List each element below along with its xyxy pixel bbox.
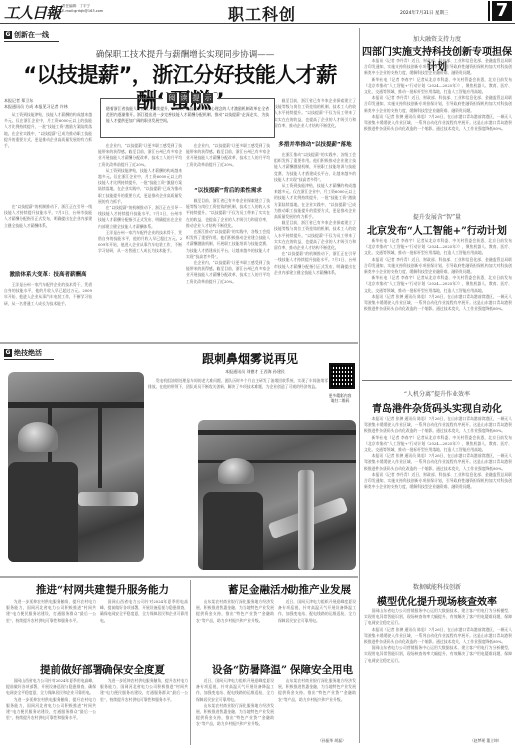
lead-subhead-3: 多措并举推动“以技提薪”落地	[274, 140, 356, 148]
right-lower-kicker: “人机分离”提升作业效率	[362, 389, 512, 398]
reading-tips-text: 随着浙江省技能人才的收入持续提升，一场以“以技提薪”为核心理念的人才激励机制改革…	[106, 106, 269, 136]
column-tag-skills: G 绝技绝活	[4, 348, 54, 360]
bottom-left-headline-1b: 提升服务能力	[106, 582, 169, 597]
column-tag-icon: G	[4, 349, 12, 357]
bottom-left-body-2b: 为进一步延伸农村供电服务触角，提升农村电力服务能力，国网河北省电力公司积极推进“…	[100, 678, 188, 742]
right-lower-body: 本报讯（记者 张翀 通讯员 陈思）7月26日，在山东港口青岛港前湾港区，一辆无人…	[364, 416, 512, 576]
paragraph: 为进一步延伸农村供电服务触角，提升农村电力服务能力，国网河北省电力公司积极推进“…	[100, 678, 188, 703]
bottom-right-author: （孙振华 胡磊）	[318, 738, 346, 744]
lead-body-col4b: 在浙江推动“以技提薪”的实践中，各级工会组织发挥了重要作用。他们积极推动企业建立…	[274, 152, 356, 338]
newspaper-logo: 工人日報	[4, 2, 60, 23]
paragraph: 为进一步延伸农村供电服务触角，提升农村电力服务能力，国网河北省电力公司积极推进“…	[6, 697, 96, 722]
paragraph: 国网山东省电力公司营销服务中心运用大数据技术，建立客户用电行为分析模型，实现用电…	[364, 645, 512, 664]
column-tag-icon: G	[4, 31, 12, 39]
right-lower-headline: 青岛港件杂货码头实现自动化	[362, 400, 512, 415]
right-top-body: 本报讯（记者 李丹青）近日，财政部、科技部、工业和信息化部、金融监管总局联合印发…	[364, 58, 512, 208]
editor-email: E-mail:grrbjk@163.com	[62, 9, 103, 14]
paragraph: 山东某农村商业银行深化服务地方经济发展，积极推进普惠金融，为当地特色产业发展提供…	[196, 703, 274, 728]
reading-tip-char: 提	[191, 93, 201, 103]
paragraph: 在浙江推动“以技提薪”的实践中，各级工会组织发挥了重要作用。他们积极推动企业建立…	[186, 229, 270, 260]
right-mid-headline: 北京发布“人工智能+”行动计划	[362, 222, 512, 237]
feature-headline: 跟刺鼻烟雾说再见	[190, 350, 310, 367]
paragraph: 在“以技提薪”的机制推动下，浙江正在引导一线技能人才持续提升技能水平。7月1日，…	[4, 204, 92, 229]
paragraph: 王洋是台州一家汽车配件企业的技术骨干，凭借自身的技能水平，他的月收入早已超过万元…	[98, 230, 182, 255]
paragraph: 本报讯（记者 张翀 通讯员 陈思）7月26日，在山东港口青岛港前湾港区，一辆无人…	[364, 627, 512, 646]
paragraph: 截至目前，浙江省已有多家企业探索建立了技能等级与岗位工资挂钩的机制，技术工人的收…	[274, 220, 356, 251]
paragraph: 国网山西省电力公司针对2024年夏季用电高峰，提前做好各项部署，开展设备巡视与隐…	[6, 678, 96, 697]
reading-tip-char: 阅	[167, 93, 177, 103]
qr-label: 更多精彩内容 请扫二维码	[322, 393, 358, 403]
section-title: 职工科创	[228, 2, 296, 25]
paragraph: 近日，国网天津电力组织开展迎峰度夏设备专项巡视，针对高温天气开展设备降温工作，加…	[196, 678, 274, 703]
reading-tips-box: 随着浙江省技能人才的收入持续提升，一场以“以技提薪”为核心理念的人才激励机制改革…	[100, 98, 275, 138]
right-bottom-author: （赵梦瑶 董立坤）	[470, 738, 502, 744]
editor-info: 责任编辑：丁宇宁 E-mail:grrbjk@163.com	[62, 4, 103, 14]
lead-body-col1b: 在“以技提薪”的机制推动下，浙江正在引导一线技能人才持续提升技能水平。7月1日，…	[4, 204, 92, 264]
paragraph: 本报讯（记者 张翀 通讯员 陈思）7月26日，在山东港口青岛港前湾港区，一辆无人…	[364, 114, 512, 133]
lead-body-col3a: 在企业内，“以技提薪”让更多职工感受到了技能带来的获得感。截至目前，浙江台州已有…	[186, 143, 270, 178]
bottom-right-headline-2a: 设备“防暑降温”	[212, 662, 287, 677]
paragraph: 本报讯（记者 李丹青）近日，财政部、科技部、工业和信息化部、金融监管总局联合印发…	[364, 95, 512, 114]
paragraph: 新华社电（记者 李春宇）记者从北京市科委、中关村管委会获悉，北京日前发布《北京市…	[364, 238, 512, 257]
page-number: 7	[492, 1, 512, 21]
paragraph: 山东某农村商业银行深化服务地方经济发展，积极推进普惠金融，为当地特色产业发展提供…	[196, 599, 274, 624]
right-mid-body: 新华社电（记者 李春宇）记者从北京市科委、中关村管委会获悉，北京日前发布《北京市…	[364, 238, 512, 376]
column-tag-innovation: G 创新在一线	[4, 30, 59, 42]
issue-date: 2024年7月31日 星期三	[400, 10, 448, 16]
lead-body-col2a: 在企业内，“以技提薪”让更多职工感受到了技能带来的获得感。截至目前，浙江台州已有…	[98, 143, 182, 338]
paragraph: 为进一步延伸农村供电服务触角，提升农村电力服务能力，国网河北省电力公司积极推进“…	[6, 599, 96, 624]
reading-tips-title: 阅 读 提 示	[163, 93, 217, 103]
paragraph: 王洋是台州一家汽车配件企业的技术骨干，凭借自身的技能水平，他的月收入早已超过万元…	[4, 282, 92, 307]
paragraph: 近日，国网天津电力组织开展迎峰度夏设备专项巡视，针对高温天气开展设备降温工作，加…	[278, 599, 356, 624]
bottom-right-headline-1a: 蓄足金融活水	[228, 582, 291, 597]
paragraph: 在浙江推动“以技提薪”的实践中，各级工会组织发挥了重要作用。他们积极推动企业建立…	[274, 152, 356, 183]
paragraph: 本报讯（记者 李丹青）近日，财政部、科技部、工业和信息化部、金融监管总局联合印发…	[364, 472, 512, 491]
column-tag-label: 绝技绝活	[14, 348, 42, 358]
paragraph: 在“以技提薪”的机制推动下，浙江正在引导一线技能人才持续提升技能水平。7月1日，…	[274, 251, 356, 276]
lead-body-col3b: 截至目前，浙江省已有多家企业探索建立了技能等级与岗位工资挂钩的机制，技术工人的收…	[186, 198, 270, 338]
lead-body-col1: 从工资到技能津贴，技能人才薪酬的构成越来越多元。仅在浙江企业中，月工资6000元…	[4, 112, 92, 204]
column-tag-label: 创新在一线	[14, 30, 49, 40]
reading-tip-char: 示	[203, 93, 213, 103]
bottom-right-body-2a: 近日，国网天津电力组织开展迎峰度夏设备专项巡视，针对高温天气开展设备降温工作，加…	[196, 678, 274, 742]
paragraph: 在企业内，“以技提薪”让更多职工感受到了技能带来的获得感。截至目前，浙江台州已有…	[186, 143, 270, 168]
right-bottom-headline: 模型优化提升现场核查效率	[362, 593, 512, 608]
paragraph: 新华社电（记者 李春宇）记者从北京市科委、中关村管委会获悉，北京日前发布《北京市…	[364, 435, 512, 454]
bottom-left-body-2a: 国网山西省电力公司针对2024年夏季用电高峰，提前做好各项部署，开展设备巡视与隐…	[6, 678, 96, 742]
paragraph: 截至目前，浙江省已有多家企业探索建立了技能等级与岗位工资挂钩的机制，技术工人的收…	[186, 198, 270, 229]
right-top-kicker: 加大融资支持力度	[362, 34, 512, 43]
bottom-left-headline-2a: 提前做好部署	[40, 662, 103, 677]
reading-tip-char: 读	[179, 93, 189, 103]
paragraph: 国网山东省电力公司营销服务中心运用大数据技术，建立客户用电行为分析模型，实现用电…	[364, 608, 512, 627]
paragraph: 在企业内，“以技提薪”让更多职工感受到了技能带来的获得感。截至目前，浙江台州已有…	[98, 143, 182, 168]
bottom-right-body-1a: 山东某农村商业银行深化服务地方经济发展，积极推进普惠金融，为当地特色产业发展提供…	[196, 599, 274, 651]
qr-label-line: 请扫二维码	[322, 398, 358, 403]
feature-byline: 本报通讯员 刘德才 王西海 孙建民	[200, 369, 310, 375]
masthead: 工人日報 责任编辑：丁宇宁 E-mail:grrbjk@163.com 职工科创…	[0, 0, 515, 24]
paragraph: 新华社电（记者 李春宇）记者从北京市科委、中关村管委会获悉，北京日前发布《北京市…	[364, 275, 512, 294]
bottom-left-body-1b: 国网山西省电力公司针对2024年夏季用电高峰，提前做好各项部署，开展设备巡视与隐…	[100, 599, 188, 651]
right-divider	[362, 380, 512, 381]
lead-body-col1c: 王洋是台州一家汽车配件企业的技术骨干，凭借自身的技能水平，他的月收入早已超过万元…	[4, 282, 92, 338]
right-mid-kicker: 提升发展含“智”量	[362, 212, 512, 221]
bottom-left-body-1a: 为进一步延伸农村供电服务触角，提升农村电力服务能力，国网河北省电力公司积极推进“…	[6, 599, 96, 651]
paragraph: 本报讯（记者 张翀 通讯员 陈思）7月26日，在山东港口青岛港前湾港区，一辆无人…	[364, 294, 512, 313]
bottom-column-divider	[190, 580, 191, 745]
feature-body: 发电机组油烟处理是车间的老大难问题，团队历时多个月自主研发了油烟回收系统，实现了…	[148, 378, 328, 410]
paragraph: 从工资到技能津贴，技能人才薪酬的构成越来越多元。仅在浙江企业中，月工资6000元…	[98, 168, 182, 205]
paragraph: 本报讯（记者 张翀 通讯员 陈思）7月26日，在山东港口青岛港前湾港区，一辆无人…	[364, 453, 512, 472]
paragraph: 从工资到技能津贴，技能人才薪酬的构成越来越多元。仅在浙江企业中，月工资6000元…	[274, 183, 356, 220]
paragraph: 新华社电（记者 李春宇）记者从北京市科委、中关村管委会获悉，北京日前发布《北京市…	[364, 77, 512, 96]
bottom-section-divider	[0, 576, 358, 578]
paragraph: 山东某农村商业银行深化服务地方经济发展，积极推进普惠金融，为当地特色产业发展提供…	[278, 678, 356, 703]
feature-photo-left	[8, 372, 144, 562]
qr-code[interactable]	[329, 363, 355, 389]
paragraph: 国网山西省电力公司针对2024年夏季用电高峰，提前做好各项部署，开展设备巡视与隐…	[100, 599, 188, 624]
bottom-right-headline-2b: 保障安全用电	[290, 662, 353, 677]
paragraph: 在企业内，“以技提薪”让更多职工感受到了技能带来的获得感。截至目前，浙江台州已有…	[186, 260, 270, 285]
paragraph: 在“以技提薪”的机制推动下，浙江正在引导一线技能人才持续提升技能水平。7月1日，…	[98, 205, 182, 230]
paragraph: 本报讯（记者 李丹青）近日，财政部、科技部、工业和信息化部、金融监管总局联合印发…	[364, 58, 512, 77]
paragraph: 截至目前，浙江省已有多家企业探索建立了技能等级与岗位工资挂钩的机制，技术工人的收…	[274, 98, 356, 129]
paragraph: 发电机组油烟处理是车间的老大难问题，团队历时多个月自主研发了油烟回收系统，实现了…	[148, 378, 328, 390]
right-bottom-body: 国网山东省电力公司营销服务中心运用大数据技术，建立客户用电行为分析模型，实现用电…	[364, 608, 512, 736]
bottom-left-headline-1a: 推进“村网共建”	[36, 582, 111, 597]
bottom-left-headline-2b: 确保安全度夏	[102, 662, 165, 677]
bottom-right-body-1b: 近日，国网天津电力组织开展迎峰度夏设备专项巡视，针对高温天气开展设备降温工作，加…	[278, 599, 356, 651]
right-bottom-kicker: 数据赋能科技创新	[362, 582, 512, 591]
bottom-right-headline-1b: 助推产业发展	[288, 582, 351, 597]
lead-byline: 本报记者 郑卫东 本报通讯员 方成 本报见习记者 许林	[4, 98, 94, 110]
bottom-right-body-2b: 山东某农村商业银行深化服务地方经济发展，积极推进普惠金融，为当地特色产业发展提供…	[278, 678, 356, 736]
paragraph: 从工资到技能津贴，技能人才薪酬的构成越来越多元。仅在浙江企业中，月工资6000元…	[4, 112, 92, 149]
paragraph: 本报讯（记者 张翀 通讯员 陈思）7月26日，在山东港口青岛港前湾港区，一辆无人…	[364, 416, 512, 435]
lead-body-col4a: 截至目前，浙江省已有多家企业探索建立了技能等级与岗位工资挂钩的机制，技术工人的收…	[274, 98, 356, 130]
byline-correspondent: 本报通讯员 方成 本报见习记者 许林	[4, 104, 94, 110]
column-divider	[359, 28, 360, 743]
lead-subhead-2: “以技提薪”背后的柔性需求	[186, 186, 270, 194]
paragraph: 本报讯（记者 李丹青）近日，财政部、科技部、工业和信息化部、金融监管总局联合印发…	[364, 257, 512, 276]
lead-kicker: 确保职工技术提升与薪酬增长实现同步协调——	[40, 48, 330, 60]
lead-subhead-1: 激励体系大变革：技高者薪酬高	[4, 270, 92, 278]
section-divider	[0, 342, 358, 344]
feature-photo-right	[198, 420, 356, 570]
